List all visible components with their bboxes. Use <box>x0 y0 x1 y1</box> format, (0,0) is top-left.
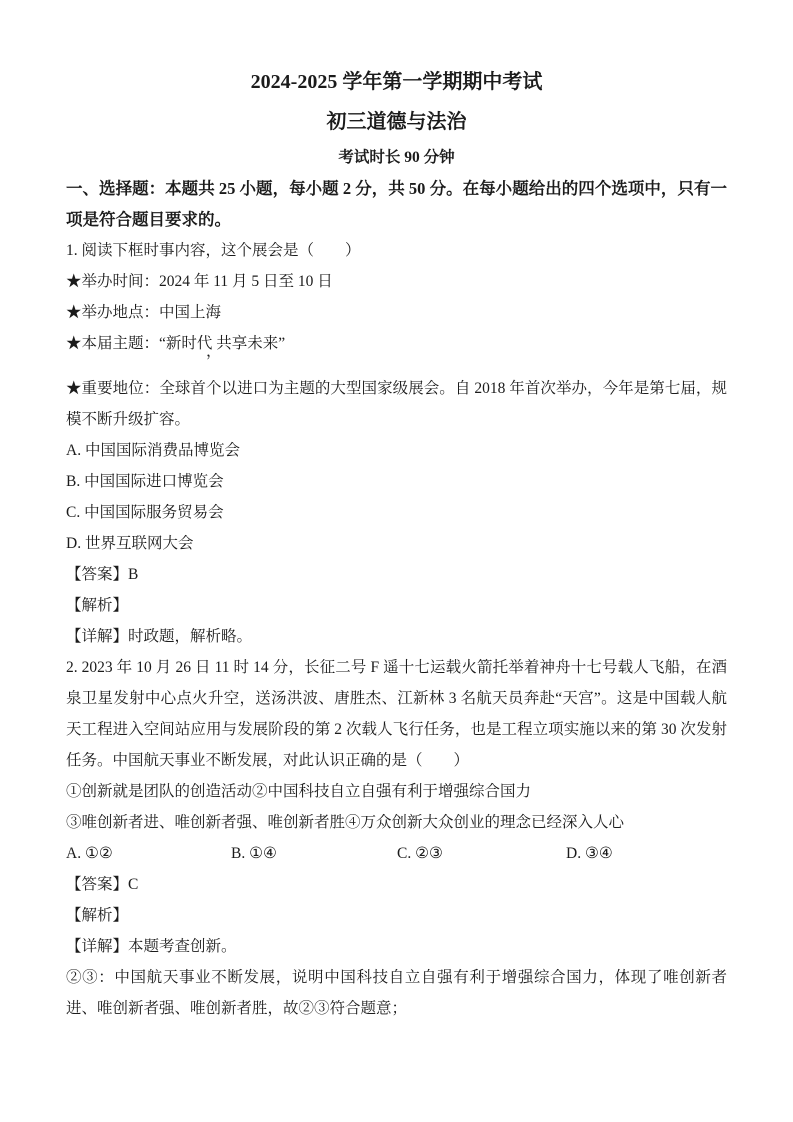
q1-answer: 【答案】B <box>66 559 727 590</box>
section-one-header: 一、选择题：本题共 25 小题，每小题 2 分，共 50 分。在每小题给出的四个… <box>66 173 727 235</box>
q2-option-b: B. ①④ <box>231 838 397 869</box>
q1-detail: 【详解】时政题，解析略。 <box>66 621 727 652</box>
q2-detail: 【详解】本题考查创新。 <box>66 931 727 962</box>
q1-info-theme: ★本届主题：“新时代 共享未来” ， <box>66 328 727 359</box>
exam-title: 2024-2025 学年第一学期期中考试 <box>66 62 727 102</box>
q2-option-c: C. ②③ <box>397 838 566 869</box>
q1-option-c: C. 中国国际服务贸易会 <box>66 497 727 528</box>
q2-option-d: D. ③④ <box>566 838 613 869</box>
q2-statement-3-4: ③唯创新者进、唯创新者强、唯创新者胜④万众创新大众创业的理念已经深入人心 <box>66 807 727 838</box>
q2-analysis-label: 【解析】 <box>66 900 727 931</box>
q2-explanation: ②③：中国航天事业不断发展，说明中国科技自立自强有利于增强综合国力，体现了唯创新… <box>66 962 727 1024</box>
q2-stem: 2. 2023 年 10 月 26 日 11 时 14 分，长征二号 F 遥十七… <box>66 652 727 776</box>
q2-statement-1-2: ①创新就是团队的创造活动②中国科技自立自强有利于增强综合国力 <box>66 776 727 807</box>
exam-duration: 考试时长 90 分钟 <box>66 142 727 173</box>
q2-option-a: A. ①② <box>66 838 231 869</box>
exam-subject-title: 初三道德与法治 <box>66 102 727 142</box>
q2-answer: 【答案】C <box>66 869 727 900</box>
q1-info-theme-text: ★本届主题：“新时代 共享未来” <box>66 335 285 352</box>
q1-info-time: ★举办时间：2024 年 11 月 5 日至 10 日 <box>66 266 727 297</box>
q1-info-importance: ★重要地位：全球首个以进口为主题的大型国家级展会。自 2018 年首次举办，今年… <box>66 373 727 435</box>
q1-option-b: B. 中国国际进口博览会 <box>66 466 727 497</box>
q2-options-row: A. ①②B. ①④C. ②③D. ③④ <box>66 838 727 869</box>
q1-info-place: ★举办地点：中国上海 <box>66 297 727 328</box>
q1-analysis-label: 【解析】 <box>66 590 727 621</box>
q1-option-a: A. 中国国际消费品博览会 <box>66 435 727 466</box>
q1-stem: 1. 阅读下框时事内容，这个展会是（ ） <box>66 235 727 266</box>
exam-document-page: 2024-2025 学年第一学期期中考试 初三道德与法治 考试时长 90 分钟 … <box>0 0 793 1122</box>
q1-option-d: D. 世界互联网大会 <box>66 528 727 559</box>
stray-comma-artifact: ， <box>206 336 222 367</box>
